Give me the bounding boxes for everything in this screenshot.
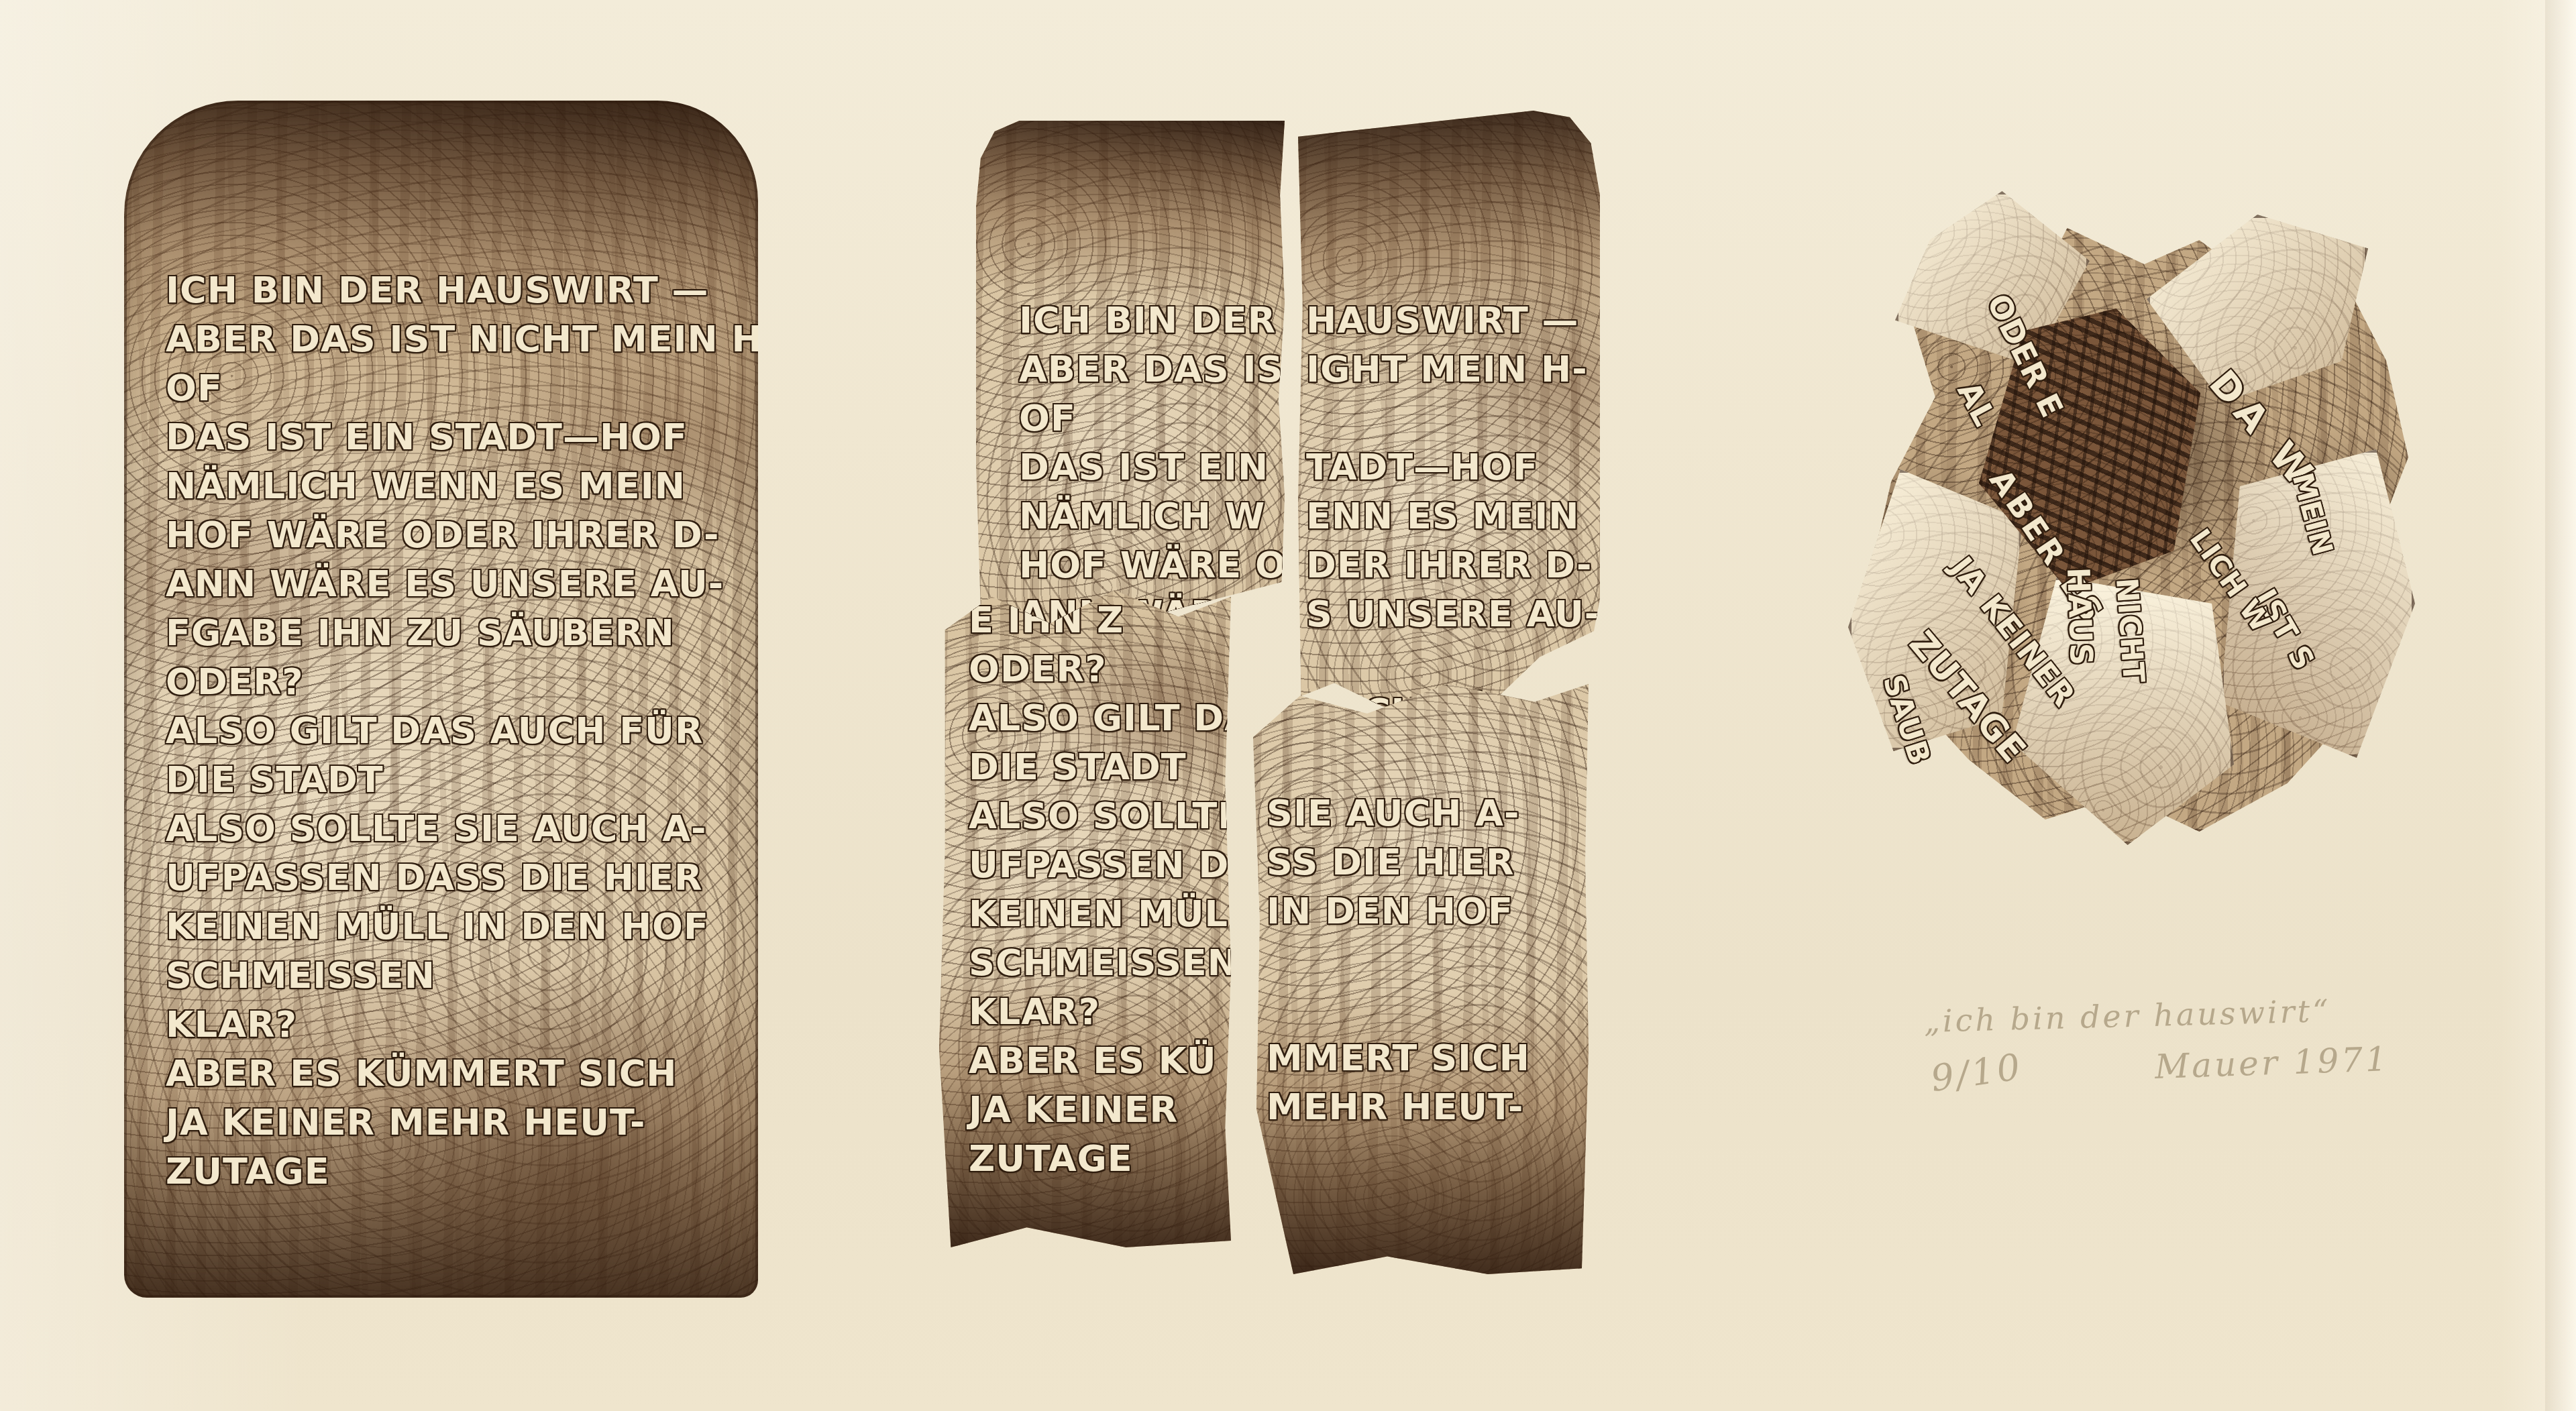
tablet-line: ODER? xyxy=(166,657,758,706)
tablet-line: NÄMLICH WENN ES MEIN xyxy=(166,461,758,510)
tablet-line: ICH BIN DER HAUSWIRT — xyxy=(166,266,758,315)
tablet-line: ZUTAGE xyxy=(969,1134,1231,1183)
pencil-edition-number: 9/10 xyxy=(1928,1046,2025,1100)
tablet-line: ABER DAS IST I xyxy=(1019,345,1285,394)
tablet-line: OF xyxy=(166,363,758,412)
tablet-line: JA KEINER xyxy=(969,1085,1231,1134)
tablet-line: S UNSERE AU- xyxy=(1306,589,1600,638)
tablet-line: IN DEN HOF xyxy=(1267,887,1530,936)
tablet-line: ENN ES MEIN xyxy=(1306,492,1600,541)
tablet-line: DAS IST EIN S xyxy=(1019,443,1285,492)
tablet-line: SIE AUCH A- xyxy=(1267,789,1530,838)
tablet-line: MMERT SICH xyxy=(1267,1033,1530,1082)
tablet-line: HAUSWIRT — xyxy=(1306,296,1600,345)
tablet-line: KEINEN MÜLL xyxy=(969,889,1231,938)
tablet-line xyxy=(1306,638,1600,687)
tablet-line xyxy=(1267,936,1530,984)
cut-tablet-piece-bottom-right: SIE AUCH A- SS DIE HIER IN DEN HOF MMERT… xyxy=(1253,684,1589,1274)
tablet-line: UFPASSEN DASS DIE HIER xyxy=(166,853,758,902)
tablet-line: KEINEN MÜLL IN DEN HOF xyxy=(166,902,758,951)
tablet-line: TADT—HOF xyxy=(1306,443,1600,492)
tablet-line: FGABE IHN ZU SÄUBERN xyxy=(166,608,758,657)
ball-text-fragment: NICHT xyxy=(2109,577,2151,685)
tablet-line: DAS IST EIN STADT—HOF xyxy=(166,412,758,461)
tablet-line: HOF WÄRE ODER IHRER D- xyxy=(166,510,758,559)
piece-text-block: E IHN Z ODER? ALSO GILT DA DIE STADT ALS… xyxy=(969,596,1231,1183)
crumpled-paper-ball: ODER E AL ABER ES DA W JA KEINER ZUTAGE … xyxy=(1858,228,2408,832)
tablet-line: ALSO SOLLTE SIE AUCH A- xyxy=(166,804,758,853)
tablet-line: ABER ES KÜ xyxy=(969,1036,1231,1085)
cut-tablet-piece-top-left: ICH BIN DER I ABER DAS IST I OF DAS IST … xyxy=(976,121,1285,657)
tablet-line: ALSO GILT DAS AUCH FÜR xyxy=(166,706,758,755)
piece-text-block: HAUSWIRT — IGHT MEIN H- TADT—HOF ENN ES … xyxy=(1306,296,1600,736)
tablet-line: SS DIE HIER xyxy=(1267,838,1530,887)
tablet-line xyxy=(1306,394,1600,443)
tablet-line: ALSO GILT DA xyxy=(969,693,1231,742)
piece-text-block: SIE AUCH A- SS DIE HIER IN DEN HOF MMERT… xyxy=(1267,789,1530,1131)
cut-tablet-piece-top-right: HAUSWIRT — IGHT MEIN H- TADT—HOF ENN ES … xyxy=(1298,111,1600,761)
pencil-artist-signature: Mauer 1971 xyxy=(2154,1039,2390,1086)
tablet-line: ABER ES KÜMMERT SICH xyxy=(166,1049,758,1098)
artwork-sheet: ICH BIN DER HAUSWIRT — ABER DAS IST NICH… xyxy=(0,0,2576,1411)
paper-sheet-edge xyxy=(2545,0,2576,1411)
tablet-text-block: ICH BIN DER HAUSWIRT — ABER DAS IST NICH… xyxy=(166,266,758,1196)
cut-tablet-piece-bottom-left: E IHN Z ODER? ALSO GILT DA DIE STADT ALS… xyxy=(939,583,1231,1247)
tablet-line: ALSO SOLLTE xyxy=(969,791,1231,840)
tablet-line xyxy=(1267,984,1530,1033)
piece-text-block: ICH BIN DER I ABER DAS IST I OF DAS IST … xyxy=(1019,296,1285,638)
tablet-line: JA KEINER MEHR HEUT- xyxy=(166,1098,758,1147)
tablet-line: DIE STADT xyxy=(969,742,1231,791)
tablet-line: OF xyxy=(1019,394,1285,443)
tablet-line: ABER DAS IST NICHT MEIN H- xyxy=(166,315,758,363)
tablet-line: UFPASSEN DA xyxy=(969,840,1231,889)
pencil-title-inscription: „ich bin der hauswirt“ xyxy=(1923,993,2331,1039)
tablet-line: MEHR HEUT- xyxy=(1267,1082,1530,1131)
tablet-line: SCHMEISSEN xyxy=(166,951,758,1000)
tablet-line: KLAR? xyxy=(166,1000,758,1049)
tablet-line: DIE STADT xyxy=(166,755,758,804)
tablet-line: ODER? xyxy=(969,644,1231,693)
ball-text-fragment: HAUS xyxy=(2060,567,2100,667)
tablet-line: ICH BIN DER I xyxy=(1019,296,1285,345)
tablet-line: HOF WÄRE O xyxy=(1019,541,1285,589)
tablet-line: KLAR? xyxy=(969,987,1231,1036)
tablet-line: ZUTAGE xyxy=(166,1147,758,1196)
tablet-line: SCHMEISSEN xyxy=(969,938,1231,987)
tablet-line: NÄMLICH W xyxy=(1019,492,1285,541)
tablet-line: IGHT MEIN H- xyxy=(1306,345,1600,394)
etched-tablet-intact: ICH BIN DER HAUSWIRT — ABER DAS IST NICH… xyxy=(124,101,758,1298)
tablet-line: DER IHRER D- xyxy=(1306,541,1600,589)
tablet-line: ANN WÄRE ES UNSERE AU- xyxy=(166,559,758,608)
